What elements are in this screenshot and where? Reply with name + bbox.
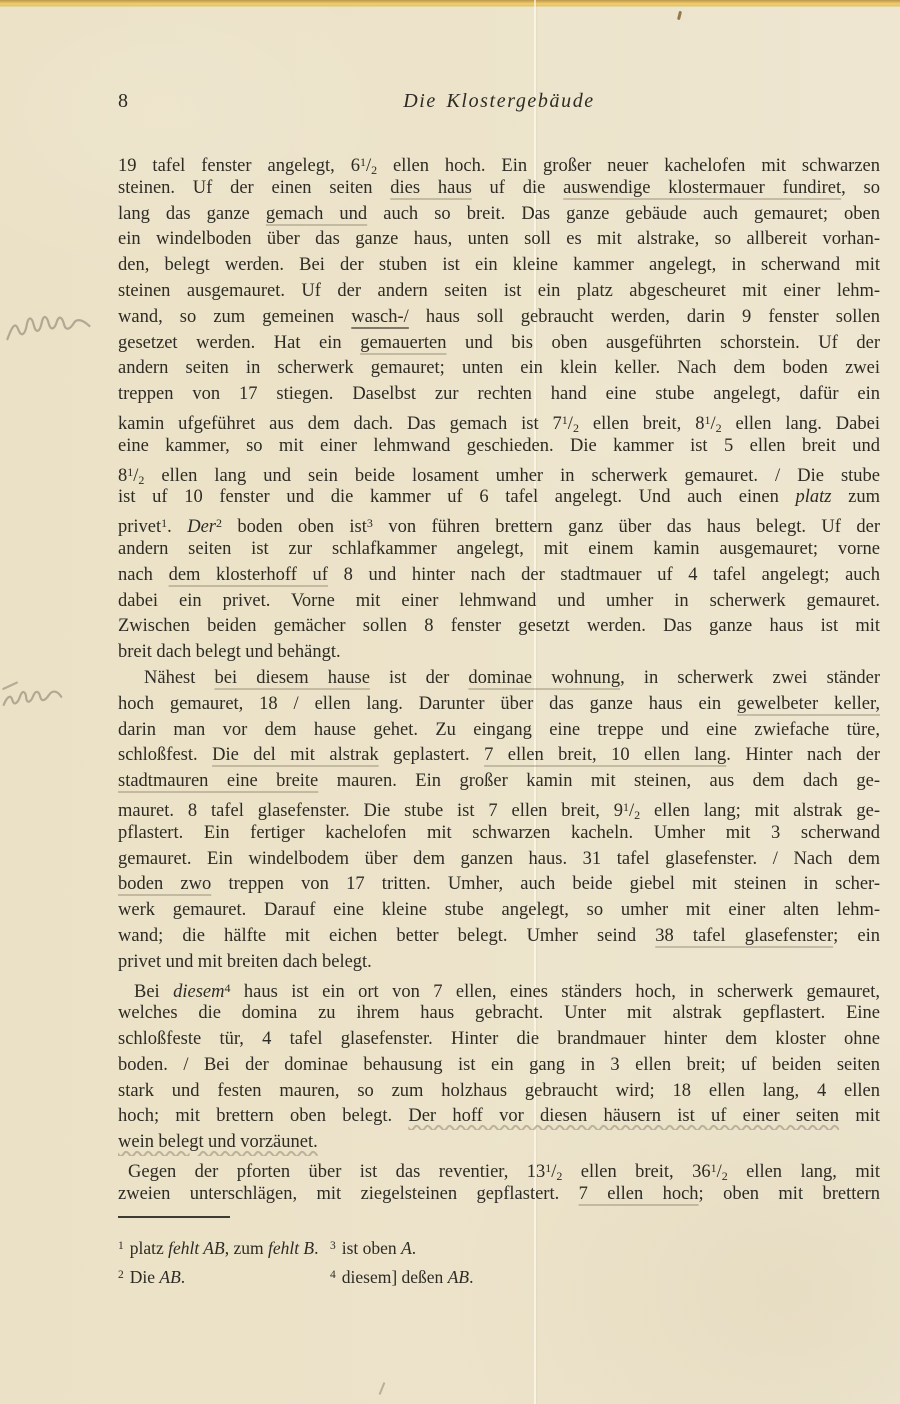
body-line: dabei ein privet. Vorne mit einer lehmwa…: [118, 589, 880, 615]
body-text: 19 tafel fenster angelegt, 61/2 ellen ho…: [118, 150, 880, 1208]
text-segment: ist oben: [342, 1238, 401, 1258]
text-segment: Die del mit alstrak: [212, 745, 379, 765]
text-segment: steinen. Uf der einen seiten: [118, 178, 390, 198]
text-segment: dies haus: [390, 178, 472, 198]
body-line: Bei diesem4 haus ist ein ort von 7 ellen…: [118, 976, 880, 1002]
body-line: 15vhoch gemauret, 18 / ellen lang. Darun…: [118, 692, 880, 718]
text-segment: . Hinter nach der: [726, 745, 880, 765]
footnote-4: 4diesem] deßen AB.: [330, 1262, 880, 1291]
body-line: Nähest bei diesem hause ist der dominae …: [118, 666, 880, 692]
text-segment: eine kammer, so mit einer lehmwand gesch…: [118, 436, 880, 456]
text-segment: treppen von 17 stiegen. Daselbst zur rec…: [118, 384, 880, 404]
body-line: 15r81/2 ellen lang und sein beide losame…: [118, 460, 880, 486]
body-line: stadtmauren eine breite mauren. Ein groß…: [118, 769, 880, 795]
text-segment: wand; die hälfte mit eichen better beleg…: [118, 926, 655, 946]
scanned-book-page: { "page": { "number": "8", "header": "Di…: [0, 0, 900, 1404]
footnote-rule: [118, 1216, 230, 1218]
text-segment: Der: [187, 517, 216, 537]
text-segment: und bis oben ausgeführten schorstein. Uf…: [446, 333, 880, 353]
text-segment: pflastert. Ein fertiger kachelofen mit s…: [118, 823, 880, 843]
text-segment: , zum: [225, 1238, 268, 1258]
text-segment: ellen lang,: [728, 1162, 837, 1182]
text-segment: ellen lang und sein beide losament umher…: [144, 466, 880, 486]
text-segment: fehlt AB: [168, 1238, 225, 1258]
text-segment: ist uf 10 fenster und die kammer uf 6 ta…: [118, 487, 796, 507]
text-segment: wein belegt und vorzäunet.: [118, 1132, 318, 1152]
text-segment: treppen von 17 tritten. Umher, auch beid…: [211, 874, 880, 894]
text-segment: boden oben ist: [222, 517, 367, 537]
body-line: privet und mit breiten dach belegt.: [118, 950, 880, 976]
text-segment: ellen hoch. Ein großer: [377, 156, 607, 176]
text-segment: Bei: [134, 982, 173, 1002]
text-segment: mit schwarzen: [745, 156, 880, 176]
text-segment: ellen breit, 8: [579, 414, 705, 434]
handwritten-margin-scribble-1: [0, 294, 99, 355]
body-line: treppen von 17 stiegen. Daselbst zur rec…: [118, 382, 880, 408]
text-segment: dabei ein privet. Vorne mit einer lehmwa…: [118, 591, 880, 611]
footnote-marker: 3: [330, 1240, 336, 1252]
text-segment: haus soll gebraucht werden, darin 9 fens…: [409, 307, 880, 327]
text-segment: wand, so zum gemeinen: [118, 307, 351, 327]
text-segment: gemauret. Ein windelbodem über dem ganze…: [118, 849, 880, 869]
text-segment: neuer kachelofen: [607, 156, 745, 176]
body-line: lang das ganze gemach und auch so breit.…: [118, 202, 880, 228]
text-segment: gewelbeter keller,: [737, 694, 880, 714]
footnotes: 1platz fehlt AB, zum fehlt B.3ist oben A…: [118, 1233, 880, 1291]
text-segment: schloßfeste tür, 4 tafel glasefenster. H…: [118, 1029, 880, 1049]
text-segment: platz: [130, 1238, 168, 1258]
footnote-3: 3ist oben A.: [330, 1233, 880, 1262]
text-segment: 7 ellen hoch: [579, 1184, 699, 1204]
text-segment: schloßfest.: [118, 745, 212, 765]
text-segment: Die: [130, 1267, 160, 1287]
body-line: 16vboden. / Bei der dominae behausung is…: [118, 1053, 880, 1079]
text-segment: ; oben mit brettern: [699, 1184, 880, 1204]
text-segment: Nähest: [144, 668, 215, 688]
text-segment: stadtmauren eine breite: [118, 771, 318, 791]
text-segment: stark und festen mauren, so zum holzhaus…: [118, 1081, 880, 1101]
text-segment: , in scherwerk zwei ständer: [620, 668, 880, 688]
footnote-marker: 4: [330, 1269, 336, 1281]
text-segment: haus ist ein ort von 7 ellen, eines stän…: [230, 982, 880, 1002]
text-segment: 7 ellen breit, 10 ellen lang: [484, 745, 726, 765]
body-line: andern seiten in scherwerk gemauret; unt…: [118, 356, 880, 382]
paper-speck: [677, 11, 682, 20]
text-segment: Zwischen beiden gemächer sollen 8 fenste…: [118, 616, 880, 636]
text-segment: gemauerten: [360, 333, 446, 353]
body-line: ist uf 10 fenster und die kammer uf 6 ta…: [118, 485, 880, 511]
text-segment: breit dach belegt und behängt.: [118, 642, 341, 662]
handwritten-margin-scribble-2: [0, 671, 74, 719]
body-line: 14vwand, so zum gemeinen wasch-/ haus so…: [118, 305, 880, 331]
text-segment: mit: [839, 1106, 880, 1126]
text-segment: , so: [841, 178, 880, 198]
body-line: schloßfeste tür, 4 tafel glasefenster. H…: [118, 1027, 880, 1053]
body-line: nach dem klosterhoff uf 8 und hinter nac…: [118, 563, 880, 589]
footnote-marker: 1: [118, 1240, 124, 1252]
body-line: privet1. Der2 boden oben ist3 von führen…: [118, 511, 880, 537]
text-segment: andern seiten ist zur schlafkammer angel…: [118, 539, 880, 559]
body-line: Gegen der pforten über ist das reventier…: [118, 1156, 880, 1182]
text-segment: A: [401, 1238, 412, 1258]
text-segment: 8 und hinter nach der stadtmauer uf 4 ta…: [328, 565, 880, 585]
body-line: pflastert. Ein fertiger kachelofen mit s…: [118, 821, 880, 847]
body-line: zweien unterschlägen, mit ziegelsteinen …: [118, 1182, 880, 1208]
text-segment: ellen lang; mit alstrak ge-: [640, 801, 880, 821]
text-segment: platz: [796, 487, 832, 507]
page-header-row: Die Klostergebäude 8: [118, 90, 880, 118]
text-segment: Der hoff vor diesen häusern ist uf einer…: [408, 1106, 839, 1126]
text-segment: andern seiten in scherwerk gemauret; unt…: [118, 358, 880, 378]
text-segment: gemach und: [266, 204, 367, 224]
text-segment: dominae wohnung: [468, 668, 620, 688]
text-segment: ellen breit,: [562, 1162, 673, 1182]
body-line: werk gemauret. Darauf eine kleine stube …: [118, 898, 880, 924]
text-segment: 36: [692, 1162, 711, 1182]
text-segment: lang das ganze: [118, 204, 266, 224]
text-segment: ein windelboden über das ganze haus, unt…: [118, 229, 880, 249]
text-segment: welches die domina zu ihrem haus gebrach…: [118, 1003, 880, 1023]
body-line: ein windelboden über das ganze haus, unt…: [118, 227, 880, 253]
text-segment: den, belegt werden. Bei der stuben ist e…: [118, 255, 880, 275]
text-segment: diesem: [173, 982, 224, 1002]
text-segment: .: [412, 1238, 416, 1258]
text-segment: 19 tafel fenster angelegt, 6: [118, 156, 360, 176]
text-segment: wasch-/: [351, 307, 409, 327]
body-line: mauret. 8 tafel glasefenster. Die stube …: [118, 795, 880, 821]
text-segment: auch so breit. Das ganze gebäude auch ge…: [367, 204, 880, 224]
text-segment: darin man vor dem hause gehet. Zu eingan…: [118, 720, 880, 740]
running-header: Die Klostergebäude: [118, 90, 880, 113]
text-segment: privet und mit breiten dach belegt.: [118, 952, 372, 972]
text-segment: privet: [118, 517, 161, 537]
footnote-1: 1platz fehlt AB, zum fehlt B.: [118, 1233, 330, 1262]
body-line: eine kammer, so mit einer lehmwand gesch…: [118, 434, 880, 460]
text-segment: .: [181, 1267, 185, 1287]
text-segment: diesem] deßen: [342, 1267, 448, 1287]
text-segment: mauren. Ein großer kamin mit steinen, au…: [318, 771, 880, 791]
page-number: 8: [118, 90, 129, 113]
text-segment: mauret. 8 tafel glasefenster. Die stube …: [118, 801, 623, 821]
body-line: stark und festen mauren, so zum holzhaus…: [118, 1079, 880, 1105]
footnote-2: 2Die AB.: [118, 1262, 330, 1291]
text-segment: von führen brettern ganz über das haus b…: [373, 517, 880, 537]
text-segment: 8: [118, 466, 127, 486]
body-line: wand; die hälfte mit eichen better beleg…: [118, 924, 880, 950]
text-segment: Gegen der pforten über ist das reventier…: [128, 1162, 527, 1182]
body-line: schloßfest. Die del mit alstrak geplaste…: [118, 743, 880, 769]
body-line: steinen ausgemauret. Uf der andern seite…: [118, 279, 880, 305]
body-line: 19 tafel fenster angelegt, 61/2 ellen ho…: [118, 150, 880, 176]
text-segment: nach: [118, 565, 169, 585]
body-line: kamin ufgeführet aus dem dach. Das gemac…: [118, 408, 880, 434]
body-line: steinen. Uf der einen seiten dies haus u…: [118, 176, 880, 202]
body-line: Zwischen beiden gemächer sollen 8 fenste…: [118, 614, 880, 640]
body-line: andern seiten ist zur schlafkammer angel…: [118, 537, 880, 563]
text-segment: .: [469, 1267, 473, 1287]
text-segment: kamin ufgeführet aus dem dach. Das gemac…: [118, 414, 562, 434]
text-segment: gesetzet werden. Hat ein: [118, 333, 360, 353]
text-segment: hoch; mit brettern oben belegt.: [118, 1106, 408, 1126]
text-segment: werk gemauret. Darauf eine kleine stube …: [118, 900, 880, 920]
text-segment: fehlt B: [268, 1238, 314, 1258]
text-segment: AB: [159, 1267, 180, 1287]
body-line: den, belegt werden. Bei der stuben ist e…: [118, 253, 880, 279]
body-line: wein belegt und vorzäunet.: [118, 1130, 880, 1156]
text-segment: zum: [832, 487, 881, 507]
text-segment: 13: [527, 1162, 546, 1182]
text-segment: AB: [448, 1267, 469, 1287]
footnote-marker: 2: [118, 1269, 124, 1281]
body-line: hoch; mit brettern oben belegt. Der hoff…: [118, 1104, 880, 1130]
text-segment: bei diesem hause: [215, 668, 370, 688]
text-segment: zweien unterschlägen, mit ziegelsteinen …: [118, 1184, 579, 1204]
text-segment: mit: [837, 1162, 880, 1182]
body-line: boden zwo treppen von 17 tritten. Umher,…: [118, 872, 880, 898]
text-segment: ist der: [370, 668, 469, 688]
body-line: darin man vor dem hause gehet. Zu eingan…: [118, 718, 880, 744]
text-segment: [674, 1162, 692, 1182]
text-segment: hoch gemauret, 18 / ellen lang. Darunter…: [118, 694, 737, 714]
text-segment: auswendige klostermauer fundiret: [563, 178, 841, 198]
text-segment: 38 tafel glasefenster: [655, 926, 833, 946]
text-segment: geplastert.: [379, 745, 484, 765]
text-segment: boden. / Bei der dominae behausung ist e…: [118, 1055, 880, 1075]
pencil-tick: [379, 1382, 386, 1395]
body-line: welches die domina zu ihrem haus gebrach…: [118, 1001, 880, 1027]
text-segment: .: [167, 517, 187, 537]
text-segment: steinen ausgemauret. Uf der andern seite…: [118, 281, 880, 301]
body-line: breit dach belegt und behängt.: [118, 640, 880, 666]
text-segment: dem klosterhoff uf: [169, 565, 328, 585]
text-segment: .: [314, 1238, 318, 1258]
text-segment: uf die: [472, 178, 563, 198]
text-segment: ellen lang. Dabei: [722, 414, 880, 434]
text-segment: boden zwo: [118, 874, 211, 894]
body-line: 16rgemauret. Ein windelbodem über dem ga…: [118, 847, 880, 873]
page-top-gilt-edge: [0, 0, 900, 7]
body-line: gesetzet werden. Hat ein gemauerten und …: [118, 331, 880, 357]
text-segment: ; ein: [833, 926, 880, 946]
